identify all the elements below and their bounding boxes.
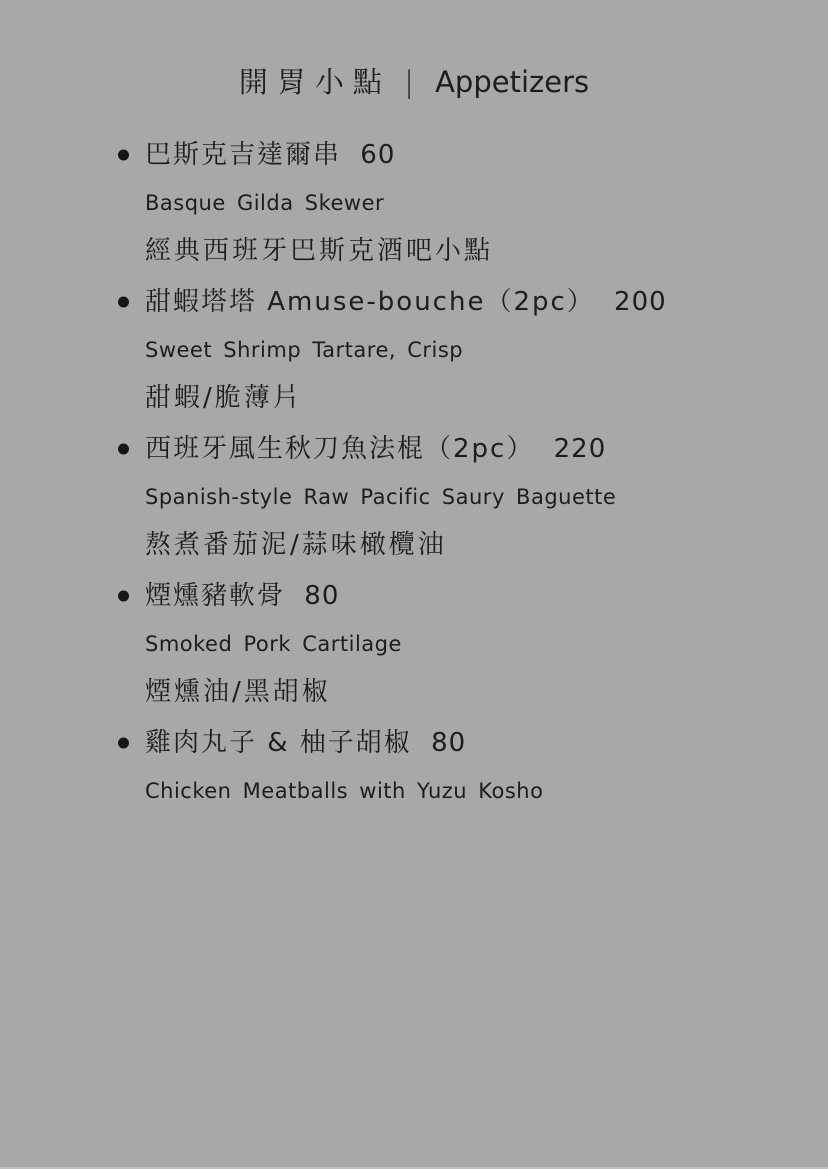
item-price: 80 — [304, 581, 339, 611]
item-price: 220 — [554, 434, 607, 464]
bullet-icon — [118, 738, 129, 749]
page-title-separator: | — [404, 65, 414, 99]
item-desc-en: Chicken Meatballs with Yuzu Kosho — [145, 767, 798, 815]
item-desc-zh: 經典西班牙巴斯克酒吧小點 — [145, 227, 798, 275]
bullet-icon — [118, 297, 129, 308]
bullet-icon — [118, 150, 129, 161]
page-title-en: Appetizers — [435, 65, 589, 99]
item-name: 煙燻豬軟骨 — [145, 581, 285, 611]
menu-item: 甜蝦塔塔 Amuse-bouche（2pc） 200 Sweet Shrimp … — [145, 278, 798, 422]
menu-page: 開胃小點 | Appetizers 巴斯克吉達爾串 60 Basque Gild… — [0, 0, 828, 1169]
item-desc-zh: 煙燻油/黑胡椒 — [145, 668, 798, 716]
menu-item: 雞肉丸子 & 柚子胡椒 80 Chicken Meatballs with Yu… — [145, 719, 798, 815]
item-name-row: 巴斯克吉達爾串 60 — [145, 131, 798, 179]
item-name: 雞肉丸子 & 柚子胡椒 — [145, 728, 412, 758]
item-price: 200 — [614, 287, 667, 317]
item-price: 60 — [360, 140, 395, 170]
bullet-icon — [118, 591, 129, 602]
item-desc-en: Spanish-style Raw Pacific Saury Baguette — [145, 473, 798, 521]
menu-item: 巴斯克吉達爾串 60 Basque Gilda Skewer 經典西班牙巴斯克酒… — [145, 131, 798, 275]
bullet-icon — [118, 444, 129, 455]
item-name: 巴斯克吉達爾串 — [145, 140, 341, 170]
page-title-zh: 開胃小點 — [239, 65, 391, 99]
menu-item: 西班牙風生秋刀魚法棍（2pc） 220 Spanish-style Raw Pa… — [145, 425, 798, 569]
item-price: 80 — [431, 728, 466, 758]
page-title: 開胃小點 | Appetizers — [0, 60, 828, 104]
item-name-row: 西班牙風生秋刀魚法棍（2pc） 220 — [145, 425, 798, 473]
item-desc-en: Basque Gilda Skewer — [145, 179, 798, 227]
menu-list: 巴斯克吉達爾串 60 Basque Gilda Skewer 經典西班牙巴斯克酒… — [145, 131, 798, 818]
item-desc-zh: 熬煮番茄泥/蒜味橄欖油 — [145, 521, 798, 569]
item-name-row: 甜蝦塔塔 Amuse-bouche（2pc） 200 — [145, 278, 798, 326]
item-desc-zh: 甜蝦/脆薄片 — [145, 374, 798, 422]
item-name-row: 煙燻豬軟骨 80 — [145, 572, 798, 620]
item-name-row: 雞肉丸子 & 柚子胡椒 80 — [145, 719, 798, 767]
item-name: 甜蝦塔塔 Amuse-bouche（2pc） — [145, 287, 595, 317]
menu-item: 煙燻豬軟骨 80 Smoked Pork Cartilage 煙燻油/黑胡椒 — [145, 572, 798, 716]
item-name: 西班牙風生秋刀魚法棍（2pc） — [145, 434, 534, 464]
item-desc-en: Sweet Shrimp Tartare, Crisp — [145, 326, 798, 374]
item-desc-en: Smoked Pork Cartilage — [145, 620, 798, 668]
